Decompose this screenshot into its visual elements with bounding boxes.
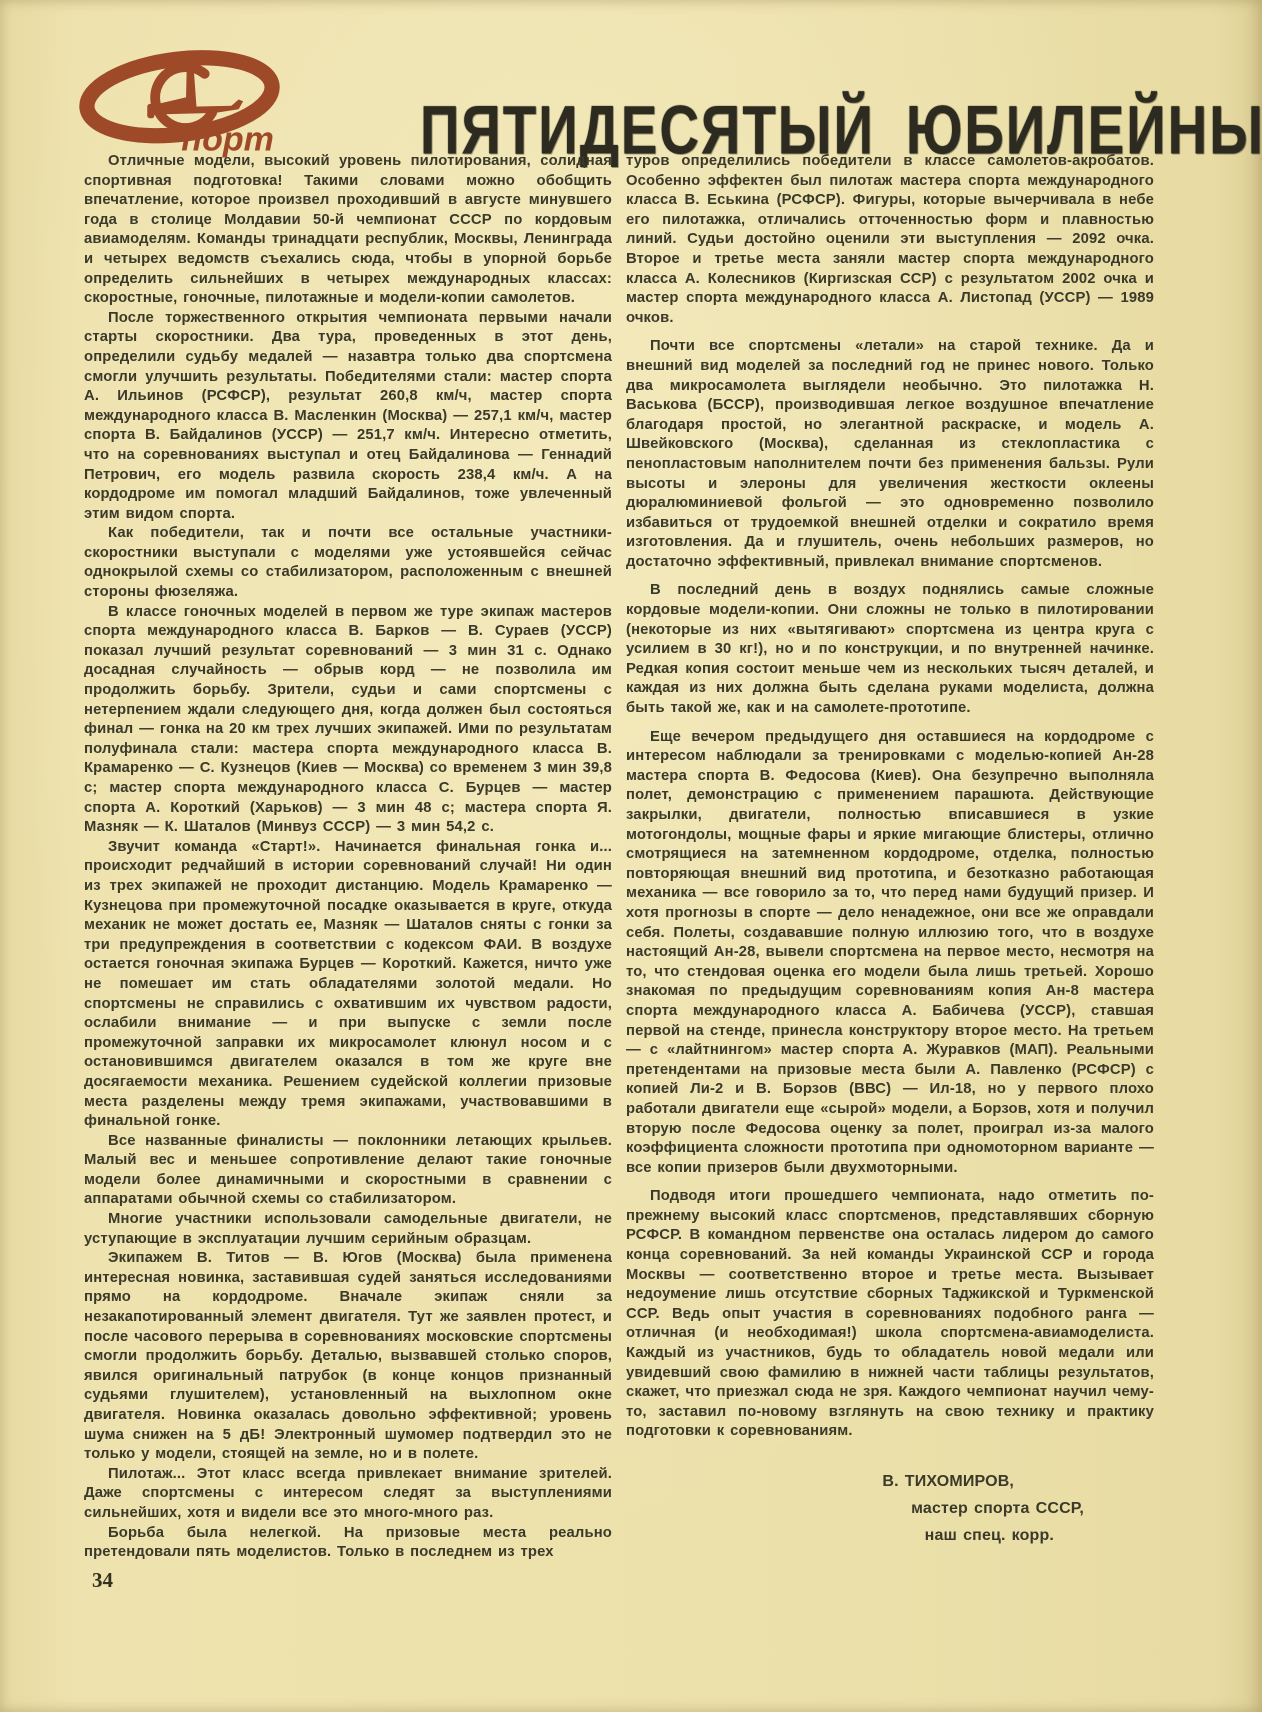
signature-name: В. ТИХОМИРОВ, <box>626 1468 1154 1495</box>
paragraph: Пилотаж... Этот класс всегда привлекает … <box>84 1465 612 1524</box>
scan-edge <box>1262 0 1288 1712</box>
paragraph: Звучит команда «Старт!». Начинается фина… <box>84 838 612 1132</box>
right-column: туров определились победители в классе с… <box>626 152 1154 1563</box>
paragraph: Экипажем В. Титов — В. Югов (Москва) был… <box>84 1249 612 1465</box>
paragraph-continuation: туров определились победители в классе с… <box>626 152 1154 328</box>
paragraph: Все названные финалисты — поклонники лет… <box>84 1132 612 1210</box>
paragraph: В классе гоночных моделей в первом же ту… <box>84 603 612 838</box>
signature-role: наш спец. корр. <box>626 1522 1154 1549</box>
paragraph: После торжественного открытия чемпионата… <box>84 309 612 525</box>
author-signature: В. ТИХОМИРОВ, мастер спорта СССР, наш сп… <box>626 1468 1154 1549</box>
page-number: 34 <box>92 1568 113 1593</box>
article-body: Отличные модели, высокий уровень пилотир… <box>84 152 1256 1563</box>
paragraph: Отличные модели, высокий уровень пилотир… <box>84 152 612 309</box>
signature-title: мастер спорта СССР, <box>626 1495 1154 1522</box>
sport-logo-graphic: порт <box>72 50 287 165</box>
left-column: Отличные модели, высокий уровень пилотир… <box>84 152 612 1563</box>
paragraph: Борьба была нелегкой. На призовые места … <box>84 1524 612 1563</box>
paragraph: Еще вечером предыдущего дня оставшиеся н… <box>626 728 1154 1179</box>
sport-logo: порт <box>72 50 287 165</box>
paragraph: Подводя итоги прошедшего чемпионата, над… <box>626 1187 1154 1442</box>
paragraph: В последний день в воздух поднялись самы… <box>626 581 1154 718</box>
paragraph: Многие участники использовали самодельны… <box>84 1210 612 1249</box>
paragraph: Как победители, так и почти все остальны… <box>84 524 612 602</box>
magazine-page: порт ПЯТИДЕСЯТЫЙ ЮБИЛЕЙНЫЙ Отличные моде… <box>0 0 1262 1712</box>
paragraph: Почти все спортсмены «летали» на старой … <box>626 337 1154 572</box>
